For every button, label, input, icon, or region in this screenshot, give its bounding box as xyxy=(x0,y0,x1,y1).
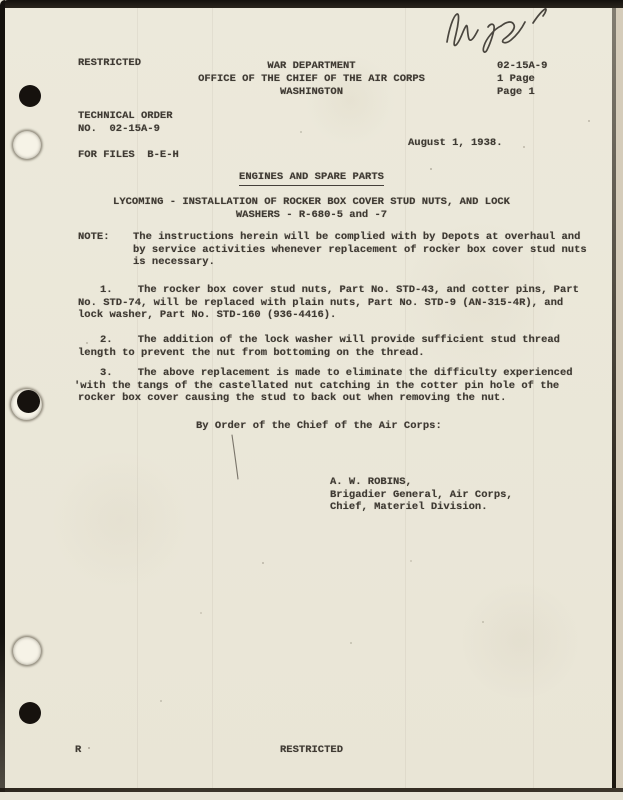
paper-crease xyxy=(533,8,534,792)
signature-title-1: Brigadier General, Air Corps, xyxy=(330,489,513,502)
by-order-line: By Order of the Chief of the Air Corps: xyxy=(196,420,442,433)
paragraph-line: 'with the tangs of the castellated nut c… xyxy=(74,380,559,393)
section-title: ENGINES AND SPARE PARTS xyxy=(0,171,623,186)
classification-banner-bottom: RESTRICTED xyxy=(0,744,623,757)
scan-edge-bottom xyxy=(0,788,623,792)
note-line: is necessary. xyxy=(133,256,215,269)
punch-hole-filled xyxy=(17,390,40,413)
subject-line-1: LYCOMING - INSTALLATION OF ROCKER BOX CO… xyxy=(0,196,623,209)
scan-edge-top xyxy=(0,0,623,8)
pen-scratch-mark xyxy=(228,433,244,483)
doc-number: 02-15A-9 xyxy=(497,60,547,73)
paragraph-line: No. STD-74, will be replaced with plain … xyxy=(78,297,563,310)
note-label: NOTE: xyxy=(78,231,110,244)
subject-line-2: WASHERS - R-680-5 and -7 xyxy=(0,209,623,222)
page-label: Page 1 xyxy=(497,86,535,99)
punch-hole-open xyxy=(13,131,41,159)
paragraph-line: 3. The above replacement is made to elim… xyxy=(100,367,573,380)
date-line: August 1, 1938. xyxy=(408,137,503,150)
files-line: FOR FILES B-E-H xyxy=(78,149,179,162)
paragraph-line: 1. The rocker box cover stud nuts, Part … xyxy=(100,284,579,297)
scanned-document-page: RESTRICTED WAR DEPARTMENT OFFICE OF THE … xyxy=(0,0,623,800)
scan-edge-left xyxy=(0,0,5,792)
punch-hole-filled xyxy=(19,702,41,724)
technical-order-line: TECHNICAL ORDER xyxy=(78,110,173,123)
order-number-line: NO. 02-15A-9 xyxy=(78,123,160,136)
page-count: 1 Page xyxy=(497,73,535,86)
scan-edge-right xyxy=(612,4,616,793)
punch-hole-filled xyxy=(19,85,41,107)
note-line: by service activities whenever replaceme… xyxy=(133,244,587,257)
under-sheet-edge xyxy=(616,0,623,800)
under-sheet-bottom xyxy=(0,792,623,800)
paragraph-line: 2. The addition of the lock washer will … xyxy=(100,334,560,347)
paragraph-line: length to prevent the nut from bottoming… xyxy=(78,347,425,360)
punch-hole-open xyxy=(13,637,41,665)
paragraph-line: rocker box cover causing the stud to bac… xyxy=(78,392,506,405)
paragraph-line: lock washer, Part No. STD-160 (936-4416)… xyxy=(78,309,336,322)
handwritten-initials xyxy=(438,2,568,58)
note-line: The instructions herein will be complied… xyxy=(133,231,580,244)
signature-title-2: Chief, Materiel Division. xyxy=(330,501,488,514)
signature-name: A. W. ROBINS, xyxy=(330,476,412,489)
